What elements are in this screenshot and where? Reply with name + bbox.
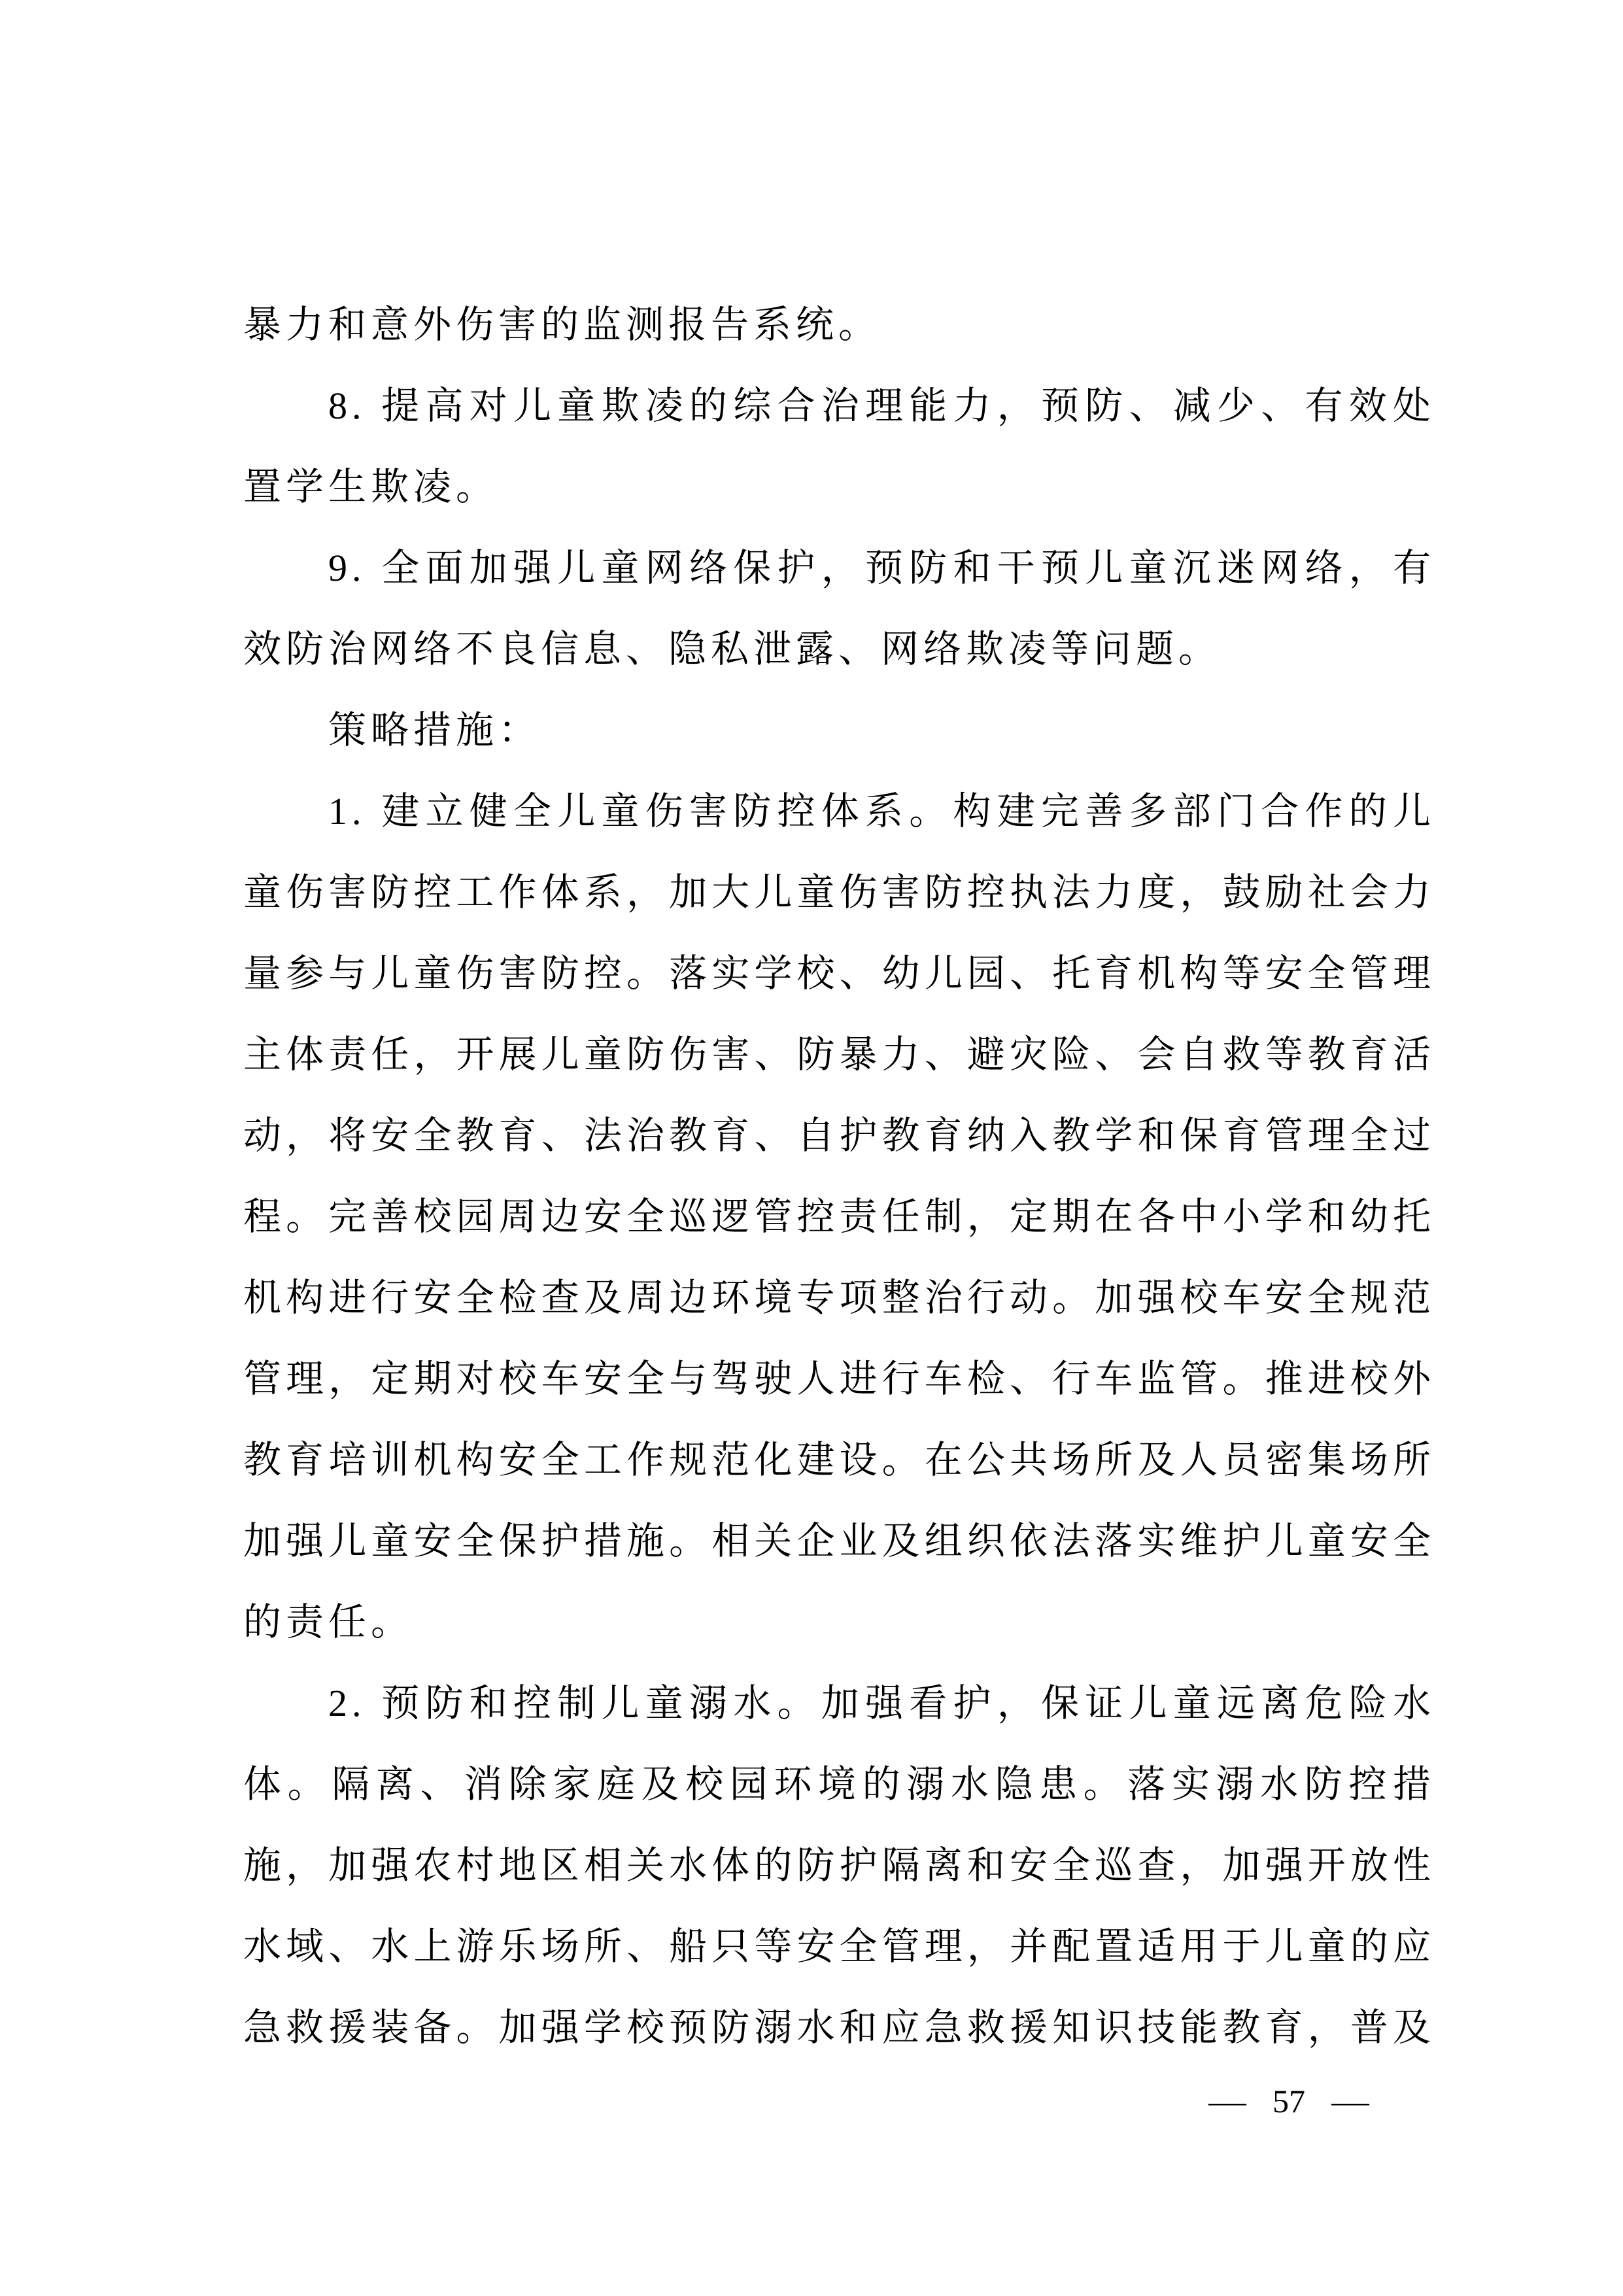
- text-line-2: 8. 提高对儿童欺凌的综合治理能力，预防、减少、有效处: [243, 366, 1435, 447]
- text-line-20: 施，加强农村地区相关水体的防护隔离和安全巡查，加强开放性: [243, 1825, 1435, 1906]
- text-line-11: 动，将安全教育、法治教育、自护教育纳入教学和保育管理全过: [243, 1095, 1435, 1176]
- text-line-6: 策略措施：: [243, 690, 1435, 771]
- document-page: 暴力和意外伤害的监测报告系统。 8. 提高对儿童欺凌的综合治理能力，预防、减少、…: [0, 0, 1623, 2296]
- text-line-12: 程。完善校园周边安全巡逻管控责任制，定期在各中小学和幼托: [243, 1176, 1435, 1258]
- text-line-18: 2. 预防和控制儿童溺水。加强看护，保证儿童远离危险水: [243, 1663, 1435, 1744]
- text-line-1: 暴力和意外伤害的监测报告系统。: [243, 284, 1435, 366]
- text-line-15: 教育培训机构安全工作规范化建设。在公共场所及人员密集场所: [243, 1420, 1435, 1501]
- text-line-19: 体。隔离、消除家庭及校园环境的溺水隐患。落实溺水防控措: [243, 1744, 1435, 1825]
- text-line-8: 童伤害防控工作体系，加大儿童伤害防控执法力度，鼓励社会力: [243, 852, 1435, 933]
- text-line-7: 1. 建立健全儿童伤害防控体系。构建完善多部门合作的儿: [243, 771, 1435, 852]
- text-line-4: 9. 全面加强儿童网络保护，预防和干预儿童沉迷网络，有: [243, 528, 1435, 609]
- footer-left-dash: —: [1208, 2082, 1246, 2120]
- text-line-21: 水域、水上游乐场所、船只等安全管理，并配置适用于儿童的应: [243, 1906, 1435, 1987]
- footer-right-dash: —: [1331, 2082, 1369, 2120]
- text-line-22: 急救援装备。加强学校预防溺水和应急救援知识技能教育，普及: [243, 1987, 1435, 2068]
- text-line-13: 机构进行安全检查及周边环境专项整治行动。加强校车安全规范: [243, 1258, 1435, 1339]
- text-line-5: 效防治网络不良信息、隐私泄露、网络欺凌等问题。: [243, 609, 1435, 690]
- text-line-3: 置学生欺凌。: [243, 447, 1435, 528]
- text-line-16: 加强儿童安全保护措施。相关企业及组织依法落实维护儿童安全: [243, 1501, 1435, 1582]
- document-body: 暴力和意外伤害的监测报告系统。 8. 提高对儿童欺凌的综合治理能力，预防、减少、…: [243, 284, 1435, 2068]
- text-line-10: 主体责任，开展儿童防伤害、防暴力、避灾险、会自救等教育活: [243, 1014, 1435, 1095]
- text-line-17: 的责任。: [243, 1582, 1435, 1663]
- text-line-14: 管理，定期对校车安全与驾驶人进行车检、行车监管。推进校外: [243, 1339, 1435, 1420]
- page-footer: — 57 —: [1211, 2080, 1367, 2123]
- page-number: 57: [1273, 2082, 1305, 2120]
- text-line-9: 量参与儿童伤害防控。落实学校、幼儿园、托育机构等安全管理: [243, 933, 1435, 1014]
